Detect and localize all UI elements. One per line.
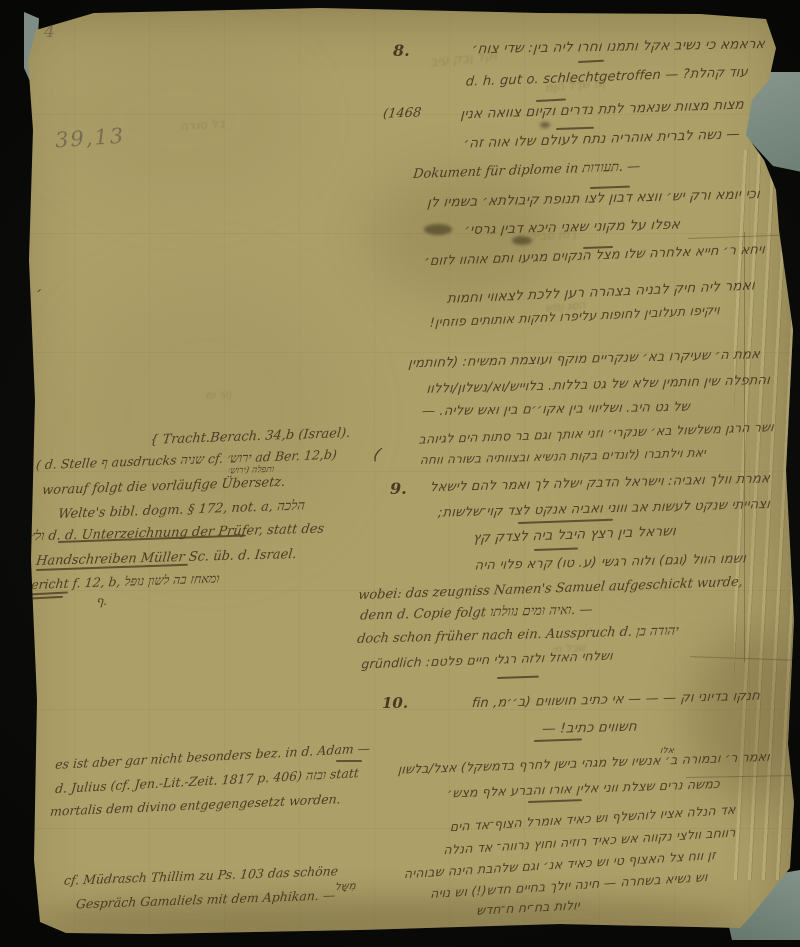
ink-underline	[336, 760, 362, 762]
handwriting-line: ׳	[35, 286, 47, 301]
pencil-reference-number: 39,13	[54, 124, 126, 153]
section-number: 10.	[382, 695, 412, 712]
handwriting-line: חשווים כתיב! —	[532, 720, 637, 738]
section-number: 9.	[390, 480, 412, 498]
manuscript-sheet: וקל ןבק עיבןמ שךל הןמבל סגרהךמן סבילהסג …	[0, 0, 800, 947]
paper-crease	[744, 232, 745, 662]
marginal-note-line: (1468	[382, 106, 425, 122]
section-number: 8.	[393, 42, 419, 60]
manuscript-scan-page: וקל ןבק עיבןמ שךל הןמבל סגרהךמן סבילהסג …	[0, 0, 800, 947]
ink-smudge	[540, 122, 550, 128]
ink-smudge	[512, 236, 532, 245]
bleedthrough-text: ןעי ומ	[205, 387, 232, 402]
pencil-mark: —..	[100, 874, 128, 885]
handwriting-line: מִשָּל	[318, 881, 357, 895]
handwriting-line: ף.	[95, 595, 116, 608]
